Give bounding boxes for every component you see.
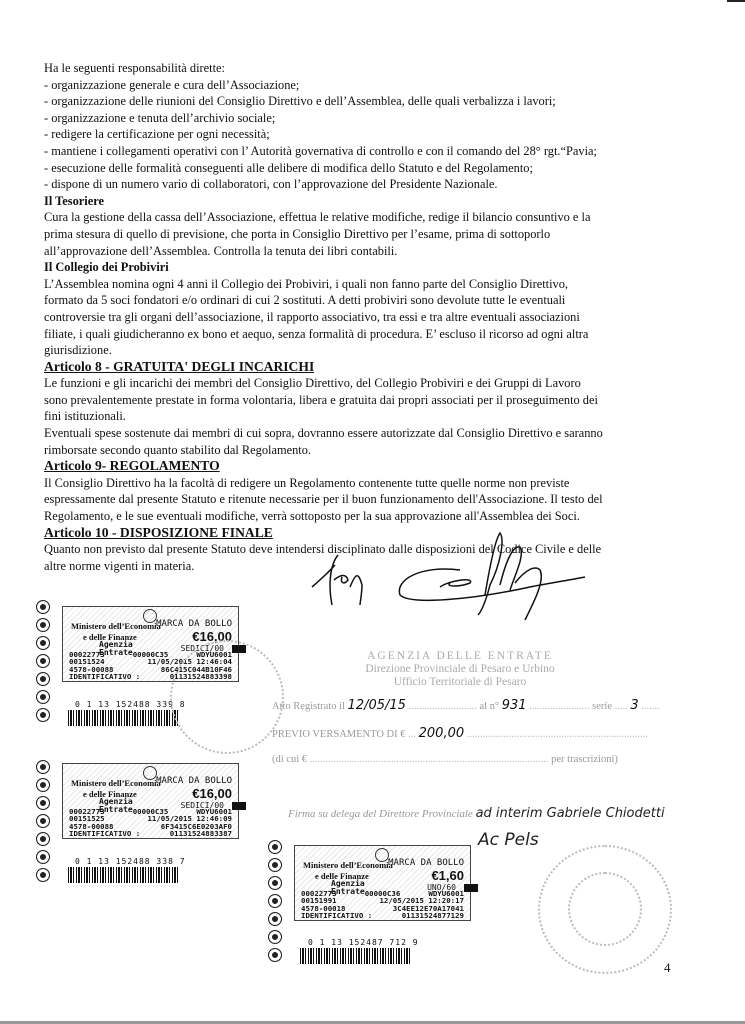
paragraph-line: formato da 5 soci fondatori e/o ordinari… [44,292,704,309]
paragraph-line: filiate, i quali giudicheranno ex bono e… [44,326,704,343]
paragraph-line: Il Consiglio Direttivo ha la facoltà di … [44,475,704,492]
list-item: - redigere la certificazione per ogni ne… [44,126,704,143]
paragraph-line: controversie tra gli organi dell’associa… [44,309,704,326]
office-name: AGENZIA DELLE ENTRATE [300,650,620,663]
revenue-stamp-3: Ministero dell’Economiae delle Finanze M… [294,845,471,921]
faded-seal [170,640,284,754]
office-unit: Ufficio Territoriale di Pesaro [300,676,620,689]
payment-amount: 200,00 [419,726,465,741]
stamp-ministry: Ministero dell’Economia [71,778,161,789]
revenue-stamp-2: Ministero dell’Economiae delle Finanze M… [62,763,239,839]
paragraph-line: Regolamento, e le sue eventuali modifich… [44,508,704,525]
paragraph-line: sono prevalentemente prestate in forma v… [44,392,704,409]
registration-date: 12/05/15 [348,698,406,713]
paragraph-line: prima stesura di quello di previsione, c… [44,226,704,243]
barcode-number: 0 1 13 152488 338 7 [75,857,186,866]
paragraph-line: rimborsate secondo quanto stabilito dal … [44,442,704,459]
stamp-rows: 0002277300000C36WDYU6001 0015199112/05/2… [301,890,464,920]
paragraph-line: all’approvazione dell’Assemblea. Control… [44,243,704,260]
scan-edge-mark [727,0,745,2]
barcode-number: 0 1 13 152488 339 8 [75,700,186,709]
registration-office: AGENZIA DELLE ENTRATE Direzione Provinci… [300,650,620,689]
barcode [68,867,178,883]
registration-number: 931 [502,698,527,713]
paragraph-line: fini istituzionali. [44,408,704,425]
list-item: - organizzazione e tenuta dell’archivio … [44,110,704,127]
handwritten-initials: Ac Pels [478,830,539,850]
registration-line: Atto Registrato il 12/05/15 ............… [272,698,660,713]
stamp-title: MARCA DA BOLLO [156,619,232,629]
delegation-signature-line: Firma su delega del Direttore Provincial… [288,806,665,821]
paragraph-line: Eventuali spese sostenute dai membri di … [44,425,704,442]
stamp-perforation [36,760,50,886]
list-item: - organizzazione generale e cura dell’As… [44,77,704,94]
official-seal-inner [568,872,642,946]
barcode [300,948,410,964]
stamp-title: MARCA DA BOLLO [388,858,464,868]
section-heading-probiviri: Il Collegio dei Probiviri [44,259,704,276]
barcode-number: 0 1 13 152487 712 9 [308,938,419,947]
paragraph-line: espressamente dal presente Statuto e rit… [44,491,704,508]
office-direction: Direzione Provinciale di Pesaro e Urbino [300,663,620,676]
list-item: - organizzazione delle riunioni del Cons… [44,93,704,110]
section-heading-tesoriere: Il Tesoriere [44,193,704,210]
paragraph-line: L’Assemblea nomina ogni 4 anni il Colleg… [44,276,704,293]
stamp-amount: €16,00 [192,786,232,801]
stamp-ministry: Ministero dell’Economia [71,621,161,632]
list-item: - dispone di un numero vario di collabor… [44,176,704,193]
stamp-perforation [36,600,50,726]
paragraph-line: giurisdizione. [44,342,704,359]
stamp-title: MARCA DA BOLLO [156,776,232,786]
transcription-line: (di cui € ..............................… [272,754,618,765]
intro: Ha le seguenti responsabilità dirette: [44,60,704,77]
stamp-ministry: Ministero dell’Economia [303,860,393,871]
payment-line: PREVIO VERSAMENTO DI € ... 200,00 ......… [272,726,648,741]
document-body: Ha le seguenti responsabilità dirette: -… [44,60,704,574]
page-number: 4 [664,960,671,976]
stamp-amount: €1,60 [431,868,464,883]
article-8-heading: Articolo 8 - GRATUITA' DEGLI INCARICHI [44,359,704,376]
registration-series: 3 [630,698,638,713]
paragraph-line: Le funzioni e gli incarichi dei membri d… [44,375,704,392]
article-9-heading: Articolo 9- REGOLAMENTO [44,458,704,475]
barcode [68,710,178,726]
signature-main [300,525,600,630]
stamp-perforation [268,840,282,966]
list-item: - mantiene i collegamenti operativi con … [44,143,704,160]
responsibilities-list: - organizzazione generale e cura dell’As… [44,77,704,193]
list-item: - esecuzione delle formalità conseguenti… [44,160,704,177]
handwritten-signature: ad interim Gabriele Chiodetti [476,806,665,821]
stamp-rows: 0002277300000C35WDYU6001 0015152511/05/2… [69,808,232,838]
paragraph-line: Cura la gestione della cassa dell’Associ… [44,209,704,226]
